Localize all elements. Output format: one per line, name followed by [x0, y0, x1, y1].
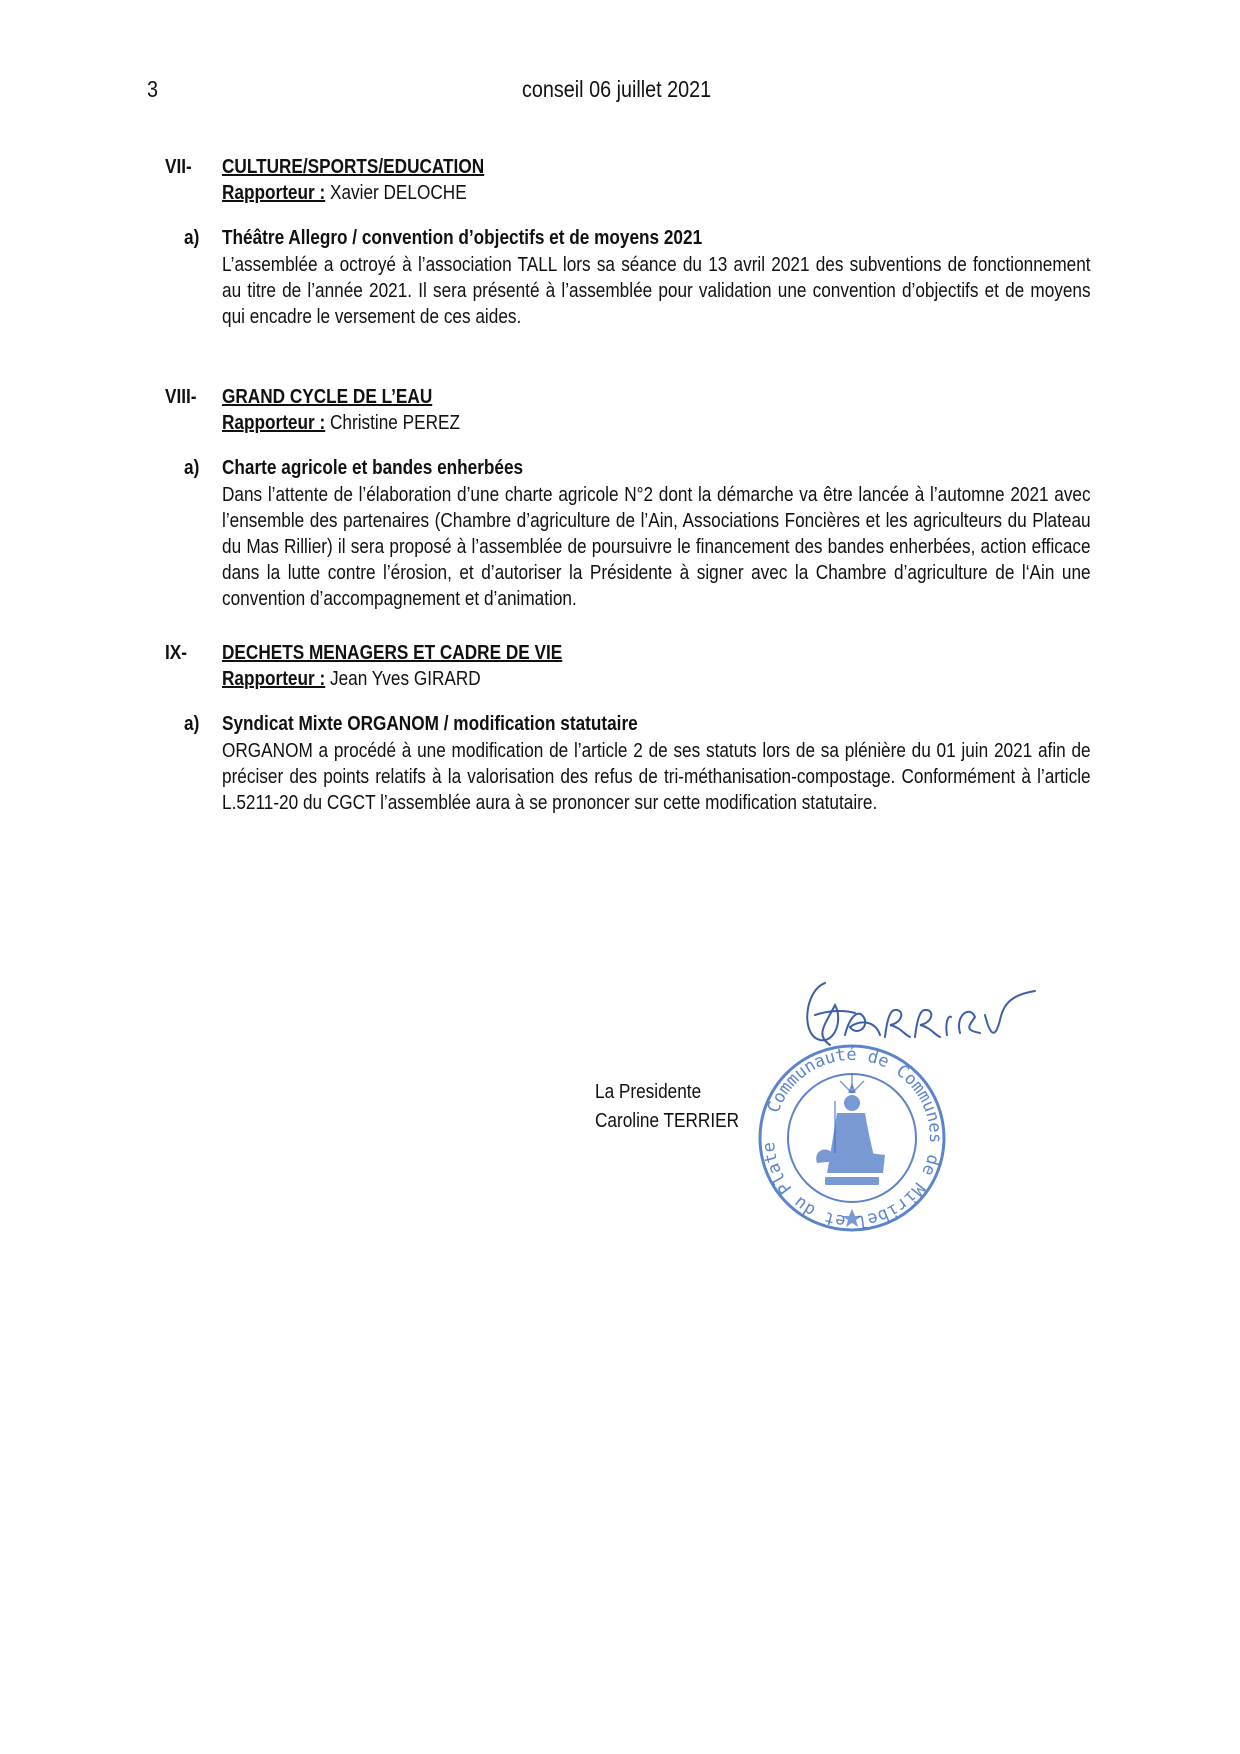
signatory-block: La Presidente Caroline TERRIER — [595, 1078, 762, 1136]
section-title: CULTURE/SPORTS/EDUCATION — [222, 156, 484, 179]
item-title: Théâtre Allegro / convention d’objectifs… — [222, 227, 702, 250]
item-title: Charte agricole et bandes enherbées — [222, 457, 523, 480]
section-vii: VII- CULTURE/SPORTS/EDUCATION Rapporteur… — [165, 156, 1095, 316]
section-ix: IX- DECHETS MENAGERS ET CADRE DE VIE Rap… — [165, 642, 1095, 842]
page-number: 3 — [147, 76, 160, 103]
section-title: DECHETS MENAGERS ET CADRE DE VIE — [222, 642, 562, 665]
item-letter: a) — [184, 457, 199, 480]
section-title: GRAND CYCLE DE L’EAU — [222, 386, 432, 409]
signatory-name: Caroline TERRIER — [595, 1107, 739, 1136]
item-body: ORGANOM a procédé à une modification de … — [222, 738, 1091, 816]
section-viii: VIII- GRAND CYCLE DE L’EAU Rapporteur : … — [165, 386, 1095, 626]
rapporteur: Rapporteur : Jean Yves GIRARD — [222, 668, 481, 691]
item-title: Syndicat Mixte ORGANOM / modification st… — [222, 713, 638, 736]
document-header-title: conseil 06 juillet 2021 — [522, 76, 742, 103]
rapporteur: Rapporteur : Christine PEREZ — [222, 412, 460, 435]
handwritten-signature-icon — [795, 965, 1045, 1055]
item-body: L’assemblée a octroyé à l’association TA… — [222, 252, 1091, 330]
item-body: Dans l’attente de l’élaboration d’une ch… — [222, 482, 1091, 612]
official-stamp-icon: Communauté de Communes de Miribel et du … — [757, 1043, 947, 1233]
section-number: IX- — [165, 642, 187, 665]
item-letter: a) — [184, 227, 199, 250]
signatory-role: La Presidente — [595, 1078, 701, 1107]
item-letter: a) — [184, 713, 199, 736]
section-number: VIII- — [165, 386, 197, 409]
section-number: VII- — [165, 156, 192, 179]
rapporteur: Rapporteur : Xavier DELOCHE — [222, 182, 467, 205]
